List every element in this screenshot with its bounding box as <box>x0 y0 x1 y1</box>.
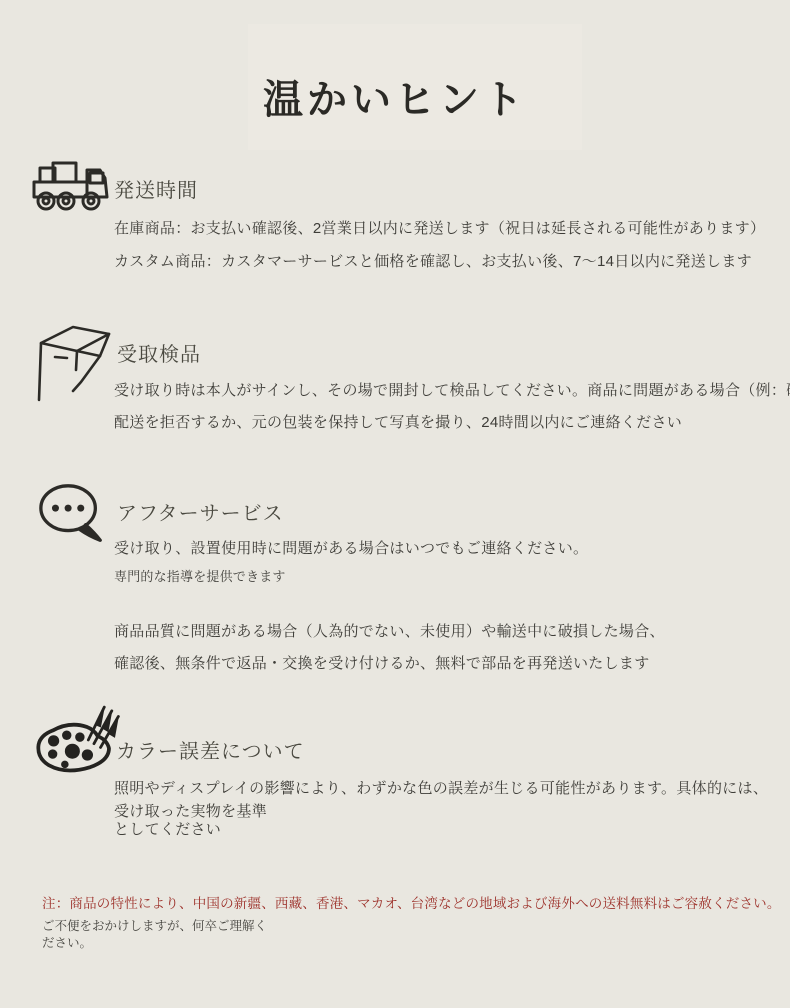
after-service-line-3: 確認後、無条件で返品・交換を受け付けるか、無料で部品を再発送いたします <box>114 652 650 673</box>
footer-gray-note-line-1: ご不便をおかけしますが、何卒ご理解く <box>42 916 267 934</box>
after-service-line-2: 商品品質に問題がある場合（人為的でない、未使用）や輸送中に破損した場合、 <box>114 620 665 641</box>
shipping-section-heading: 発送時間 <box>114 174 198 203</box>
box-icon <box>34 320 116 408</box>
truck-icon <box>30 158 114 218</box>
inspection-section-heading: 受取検品 <box>117 338 201 367</box>
after-service-line-1: 受け取り、設置使用時に問題がある場合はいつでもご連絡ください。 <box>114 537 588 558</box>
inspection-line-2: 配送を拒否するか、元の包装を保持して写真を撮り、24時間以内にご連絡ください <box>114 411 682 432</box>
color-difference-line-1: 照明やディスプレイの影響により、わずかな色の誤差が生じる可能性があります。具体的… <box>114 777 768 798</box>
warm-hints-page: 温かいヒント 発送時間 在庫商品：お支払い確認後、2営業日以内に発送します（祝日… <box>0 0 790 1008</box>
chat-bubble-icon <box>36 481 108 547</box>
after-service-small-note: 専門的な指導を提供できます <box>114 566 286 585</box>
color-difference-line-3: としてください <box>114 818 221 839</box>
palette-icon <box>32 700 124 778</box>
shipping-line-2: カスタム商品：カスタマーサービスと価格を確認し、お支払い後、7〜14日以内に発送… <box>114 250 752 271</box>
footer-red-note: 注：商品の特性により、中国の新疆、西藏、香港、マカオ、台湾などの地域および海外へ… <box>42 892 781 912</box>
page-title: 温かいヒント <box>0 68 790 125</box>
inspection-line-1: 受け取り時は本人がサインし、その場で開封して検品してください。商品に問題がある場… <box>114 379 790 400</box>
footer-gray-note-line-2: ださい。 <box>42 933 92 951</box>
shipping-line-1: 在庫商品：お支払い確認後、2営業日以内に発送します（祝日は延長される可能性があり… <box>114 217 765 238</box>
after-service-section-heading: アフターサービス <box>117 497 284 526</box>
color-difference-section-heading: カラー誤差について <box>116 735 305 764</box>
